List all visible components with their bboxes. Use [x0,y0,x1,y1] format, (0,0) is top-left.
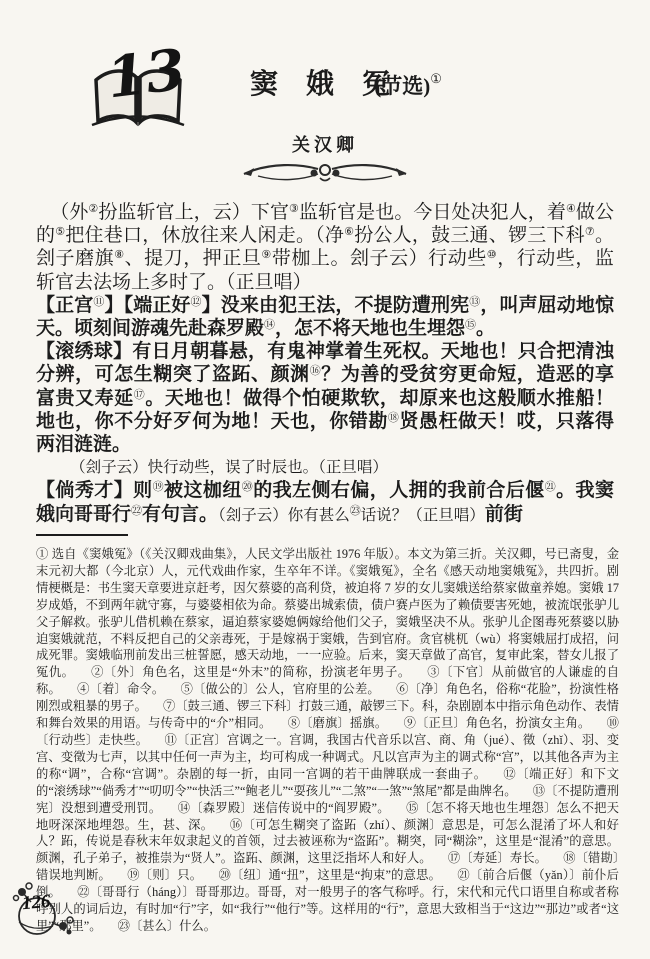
footnotes-block: ① 选自《窦娥冤》（《关汉卿戏曲集》，人民文学出版社 1976 年版）。本文为第… [36,546,619,935]
footnote-item: ②〔外〕角色名，这里是“外末”的简称，扮演老年男子。 [91,665,411,679]
aria-paragraph: 【倘秀才】则⑲被这枷纽⑳的我左侧右偏，人拥的我前合后偃㉑。我窦娥向哥哥行㉒有句言… [36,479,614,526]
textbook-page: { "page": { "lesson_number": "13", "titl… [0,0,650,959]
footnote-item: ⑲〔则〕只。 [127,868,202,882]
footnote-item: ① 选自《窦娥冤》（《关汉卿戏曲集》，人民文学出版社 1976 年版）。本文为第… [36,547,619,679]
footnote-item: ⑧〔磨旗〕摇旗。 [288,716,388,730]
author-flourish [0,154,650,191]
page-mark: 126 [5,878,87,948]
footnote-divider [36,534,128,536]
footnote-item: ④〔着〕命令。 [77,682,164,696]
play-text: （外②扮监斩官上，云）下官③监斩官是也。今日处决犯人，着④做公的⑤把住巷口，休放… [36,201,614,527]
title-footnote-ref: ① [430,71,442,86]
aria-paragraph: 【正宫⑪】【端正好⑫】没来由犯王法，不提防遭刑宪⑬，叫声屈动地惊天。顷刻间游魂先… [36,294,614,340]
footnote-item: ⑤〔做公的〕公人，官府里的公差。 [181,682,380,696]
stage-direction: （外②扮监斩官上，云）下官③监斩官是也。今日处决犯人，着④做公的⑤把住巷口，休放… [36,201,614,294]
footnote-item: ⑳〔纽〕通“扭”，这里是“拘束”的意思。 [219,868,442,882]
footnote-item: ㉓〔甚么〕什么。 [118,919,216,933]
footnote-item: ⑰〔寿延〕寿长。 [448,851,547,865]
aria-tail: 前街 [485,504,523,525]
aria-paragraph: 【滚绣球】有日月朝暮悬，有鬼神掌着生死权。天地也！只合把清浊分辨，可怎生糊突了盗… [36,340,614,456]
footnotes-text: ① 选自《窦娥冤》（《关汉卿戏曲集》，人民文学出版社 1976 年版）。本文为第… [36,546,619,935]
title-subtitle: (节选) [374,74,430,98]
page-number: 126 [21,891,51,915]
ribbon-flourish-icon [240,154,410,186]
lesson-title: 窦娥冤(节选)① [0,62,650,102]
stage-direction: （刽子云）快行动些，误了时辰也。（正旦唱） [36,456,614,479]
stage-direction-inline: （刽子云）你有甚么㉓话说？（正旦唱） [218,507,485,524]
footnote-item: ⑭〔森罗殿〕迷信传说中的“阎罗殿”。 [178,801,390,815]
footnote-item: ⑨〔正旦〕角色名，扮演女主角。 [404,716,591,730]
